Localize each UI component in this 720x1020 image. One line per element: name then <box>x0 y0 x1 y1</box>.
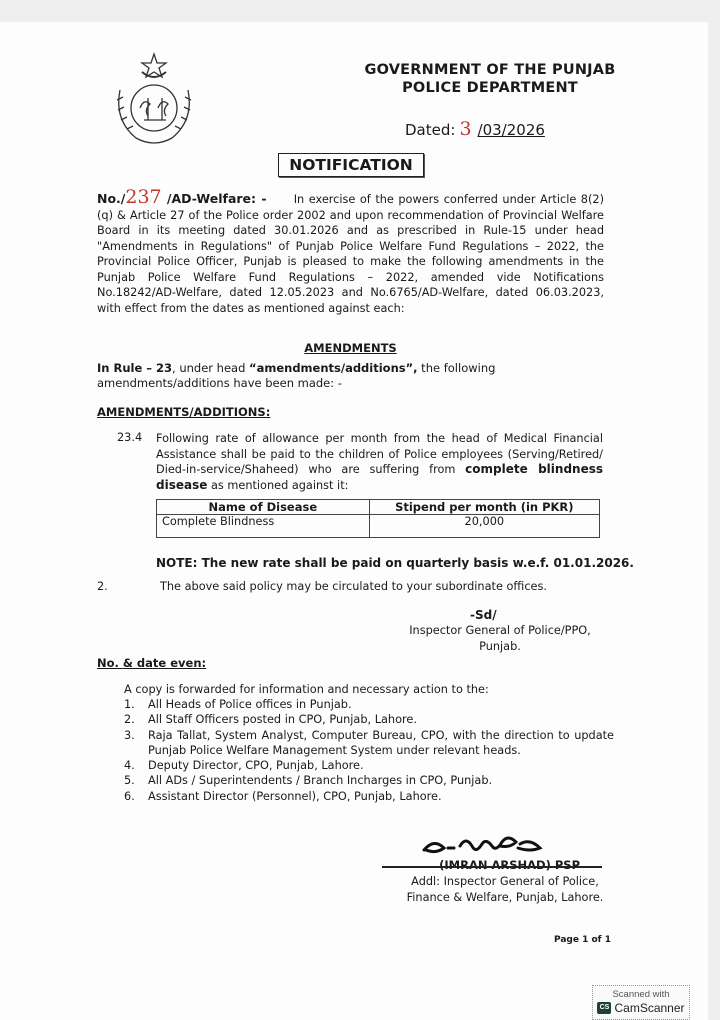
stipend-table: Name of Disease Stipend per month (in PK… <box>156 499 600 538</box>
item-text: All Heads of Police offices in Punjab. <box>148 697 614 712</box>
item-text: All Staff Officers posted in CPO, Punjab… <box>148 712 614 727</box>
header-government: GOVERNMENT OF THE PUNJAB <box>340 62 640 78</box>
signature-strike-line <box>382 866 602 868</box>
para2-text: The above said policy may be circulated … <box>160 580 547 593</box>
item-number: 5. <box>124 773 148 788</box>
table-row: Complete Blindness 20,000 <box>157 515 600 538</box>
item-text: Deputy Director, CPO, Punjab, Lahore. <box>148 758 614 773</box>
signatory-addl-igp: Addl: Inspector General of Police, Finan… <box>385 874 625 905</box>
copy-recipient-list: 1.All Heads of Police offices in Punjab.… <box>124 697 614 804</box>
copy-intro: A copy is forwarded for information and … <box>124 683 489 696</box>
notification-number-suffix: /AD-Welfare: - <box>162 191 267 206</box>
item-text: All ADs / Superintendents / Branch Incha… <box>148 773 614 788</box>
clause-number: 23.4 <box>117 431 142 444</box>
signatory-addl-office: Finance & Welfare, Punjab, Lahore. <box>385 890 625 906</box>
dated-label: Dated: <box>405 121 455 139</box>
camscanner-watermark: Scanned with CS CamScanner <box>592 985 690 1020</box>
list-item: 2.All Staff Officers posted in CPO, Punj… <box>124 712 614 727</box>
signatory-addl-designation: Addl: Inspector General of Police, <box>385 874 625 890</box>
list-item: 4.Deputy Director, CPO, Punjab, Lahore. <box>124 758 614 773</box>
signatory-igp-place: Punjab. <box>380 639 620 655</box>
column-header-disease: Name of Disease <box>157 500 370 515</box>
rule-23-statement: In Rule – 23, under head “amendments/add… <box>97 361 607 391</box>
signatory-name: (IMRAN ARSHAD) PSP <box>382 858 602 874</box>
signatory-igp: Inspector General of Police/PPO, Punjab. <box>380 623 620 654</box>
para2-number: 2. <box>97 580 108 593</box>
item-number: 4. <box>124 758 148 773</box>
list-item: 5.All ADs / Superintendents / Branch Inc… <box>124 773 614 788</box>
copy-heading: No. & date even: <box>97 656 206 670</box>
item-number: 1. <box>124 697 148 712</box>
camscanner-logo-icon: CS <box>597 1002 611 1014</box>
rule-head: “amendments/additions”, <box>249 361 418 375</box>
clause-text-after: as mentioned against it: <box>207 479 348 492</box>
list-item: 3.Raja Tallat, System Analyst, Computer … <box>124 728 614 759</box>
item-number: 6. <box>124 789 148 804</box>
additions-heading: AMENDMENTS/ADDITIONS: <box>97 405 270 419</box>
signatory-igp-designation: Inspector General of Police/PPO, <box>380 623 620 639</box>
item-number: 2. <box>124 712 148 727</box>
column-header-stipend: Stipend per month (in PKR) <box>369 500 599 515</box>
amendments-heading: AMENDMENTS <box>97 341 604 355</box>
clause-text: Following rate of allowance per month fr… <box>156 431 603 493</box>
list-item: 1.All Heads of Police offices in Punjab. <box>124 697 614 712</box>
handwritten-signature-icon <box>420 832 560 860</box>
date-line: Dated:3/03/2026 <box>405 118 545 140</box>
header-department: POLICE DEPARTMENT <box>340 80 640 96</box>
notification-number-prefix: No./ <box>97 191 125 206</box>
intro-text: In exercise of the powers conferred unde… <box>97 193 604 315</box>
rule-label: In Rule – 23 <box>97 361 172 375</box>
notification-title: NOTIFICATION <box>278 153 424 177</box>
intro-paragraph: No./237 /AD-Welfare: - In exercise of th… <box>97 190 604 316</box>
cell-disease: Complete Blindness <box>157 515 370 538</box>
item-text: Raja Tallat, System Analyst, Computer Bu… <box>148 728 614 759</box>
scanned-with-label: Scanned with <box>593 989 689 1000</box>
camscanner-label: CamScanner <box>614 1001 684 1015</box>
dated-day-handwritten: 3 <box>459 118 471 140</box>
cell-stipend: 20,000 <box>369 515 599 538</box>
dated-month-year: /03/2026 <box>478 121 545 139</box>
item-number: 3. <box>124 728 148 759</box>
page-number: Page 1 of 1 <box>554 935 611 945</box>
list-item: 6.Assistant Director (Personnel), CPO, P… <box>124 789 614 804</box>
signatory-name-text: (IMRAN ARSHAD) PSP <box>439 858 580 872</box>
payment-note: NOTE: The new rate shall be paid on quar… <box>156 556 634 570</box>
rule-text-mid: , under head <box>172 361 249 375</box>
police-emblem-icon <box>106 50 202 150</box>
camscanner-brand: CS CamScanner <box>593 1001 689 1015</box>
signed-mark: -Sd/ <box>470 608 497 622</box>
notification-number-handwritten: 237 <box>125 186 161 208</box>
item-text: Assistant Director (Personnel), CPO, Pun… <box>148 789 614 804</box>
